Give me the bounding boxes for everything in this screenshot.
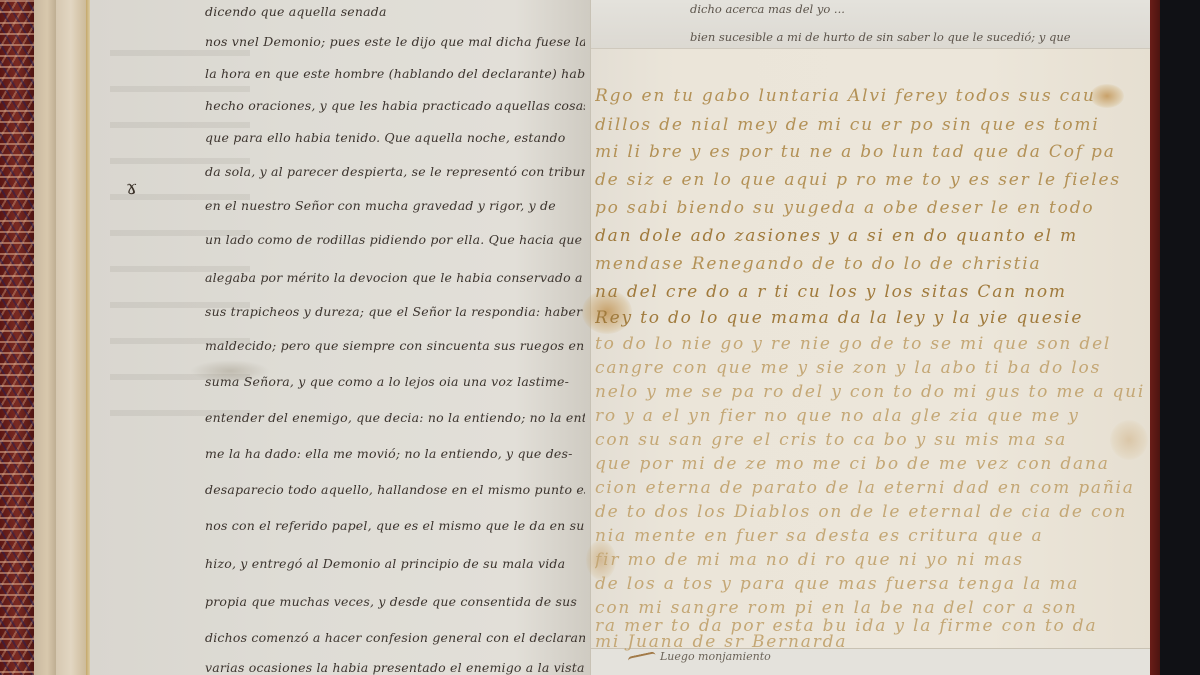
pact-line: po sabi biendo su yugeda a obe deser le … (595, 198, 1150, 218)
manuscript-line: maldecido; pero que siempre con sincuent… (205, 338, 585, 353)
signature-line: mi Juana de sr Bernarda (595, 632, 1150, 652)
manuscript-line: varias ocasiones la habia presentado el … (205, 660, 585, 675)
manuscript-line: la hora en que este hombre (hablando del… (205, 66, 585, 81)
manuscript-line: desaparecio todo aquello, hallandose en … (205, 482, 585, 497)
ink-blot-mark: ɤ (126, 176, 142, 198)
manuscript-line: nos con el referido papel, que es el mis… (205, 518, 585, 533)
marbled-endpaper (0, 0, 34, 675)
pact-line: Rey to do lo que mama da la ley y la yie… (595, 308, 1150, 328)
pact-line: to do lo nie go y re nie go de to se mi … (595, 334, 1150, 354)
manuscript-line: propia que muchas veces, y desde que con… (205, 594, 585, 609)
manuscript-line: hecho oraciones, y que les habia practic… (205, 98, 585, 113)
pact-line: de los a tos y para que mas fuersa tenga… (595, 574, 1150, 594)
pact-line: con su san gre el cris to ca bo y su mis… (595, 430, 1150, 450)
header-line: dicho acerca mas del yo ... (690, 2, 845, 16)
pact-line: con mi sangre rom pi en la be na del cor… (595, 598, 1150, 618)
pact-line: na del cre do a r ti cu los y los sitas … (595, 282, 1150, 302)
pact-line: cangre con que me y sie zon y la abo ti … (595, 358, 1150, 378)
pact-line: dan dole ado zasiones y a si en do quant… (595, 226, 1150, 246)
manuscript-line: en el nuestro Señor con mucha gravedad y… (205, 198, 585, 213)
manuscript-line: alegaba por mérito la devocion que le ha… (205, 270, 585, 285)
pact-line: ro y a el yn fier no que no ala gle zia … (595, 406, 1150, 426)
manuscript-line: da sola, y al parecer despierta, se le r… (205, 164, 585, 179)
binding-gutter (56, 0, 88, 675)
pact-line: mendase Renegando de to do lo de christi… (595, 254, 1150, 274)
red-board-edge (1150, 0, 1160, 675)
manuscript-line: entender del enemigo, que decia: no la e… (205, 410, 585, 425)
manuscript-line: un lado como de rodillas pidiendo por el… (205, 232, 585, 247)
manuscript-line: nos vnel Demonio; pues este le dijo que … (205, 34, 585, 49)
pact-line: dillos de nial mey de mi cu er po sin qu… (595, 115, 1150, 135)
pact-line: fir mo de mi ma no di ro que ni yo ni ma… (595, 550, 1150, 570)
pact-line: Rgo en tu gabo luntaria Alvi ferey todos… (595, 86, 1150, 106)
header-line: bien sucesible a mi de hurto de sin sabe… (690, 30, 1071, 44)
pact-line: de siz e en lo que aqui p ro me to y es … (595, 170, 1150, 190)
pact-line: cion eterna de parato de la eterni dad e… (595, 478, 1150, 498)
manuscript-line: suma Señora, y que como a lo lejos oia u… (205, 374, 585, 389)
manuscript-line: hizo, y entregó al Demonio al principio … (205, 556, 585, 571)
binding-spine (34, 0, 56, 675)
manuscript-line: dichos comenzó a hacer confesion general… (205, 630, 585, 645)
dark-backdrop (1160, 0, 1200, 675)
pact-line: que por mi de ze mo me ci bo de me vez c… (595, 454, 1150, 474)
manuscript-line: que para ello habia tenido. Que aquella … (205, 130, 585, 145)
pact-line: nia mente en fuer sa desta es critura qu… (595, 526, 1150, 546)
bottom-note: Luego monjamiento (660, 650, 771, 663)
manuscript-line: dicendo que aquella senada (205, 4, 585, 19)
manuscript-photo: ɤ dicendo que aquella senada nos vnel De… (0, 0, 1200, 675)
manuscript-line: sus trapicheos y dureza; que el Señor la… (205, 304, 585, 319)
pact-line: nelo y me se pa ro del y con to do mi gu… (595, 382, 1150, 402)
pact-line: de to dos los Diablos on de le eternal d… (595, 502, 1150, 522)
manuscript-line: me la ha dado: ella me movió; no la enti… (205, 446, 585, 461)
pact-line: mi li bre y es por tu ne a bo lun tad qu… (595, 142, 1150, 162)
